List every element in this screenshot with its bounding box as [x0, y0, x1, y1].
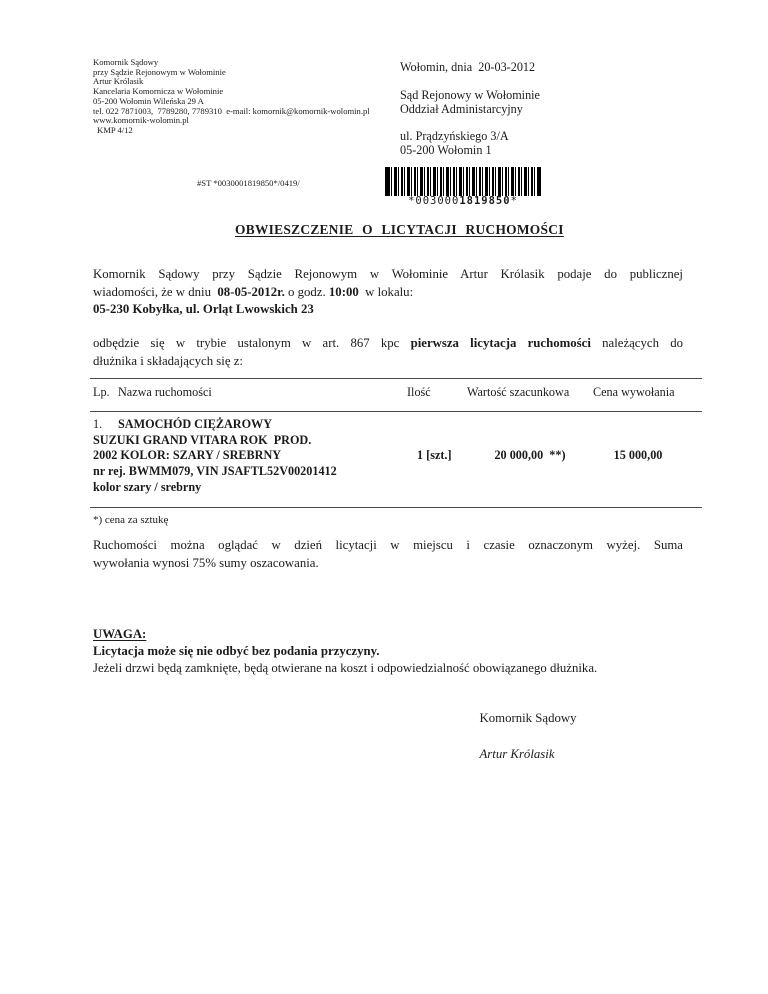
- recipient-line: Oddział Administarcyjny: [400, 102, 683, 117]
- table-rule-bottom: [90, 507, 702, 508]
- table-rule-middle: [90, 411, 702, 412]
- intro-text: w lokalu:: [359, 285, 413, 299]
- intro-text: wiadomości, że w dniu: [93, 285, 217, 299]
- item-estimated-value: 20 000,00 **): [467, 448, 593, 464]
- col-header-name: Nazwa ruchomości: [118, 385, 407, 400]
- notice-block: UWAGA: Licytacja może się nie odbyć bez …: [93, 626, 683, 677]
- col-header-value: Wartość szacunkowa: [467, 385, 593, 400]
- auction-address: 05-230 Kobyłka, ul. Orląt Lwowskich 23: [93, 301, 683, 319]
- intro-line-1: Komornik Sądowy przy Sądzie Rejonowym w …: [93, 266, 683, 284]
- item-line-4: nr rej. BWMM079, VIN JSAFTL52V00201412: [93, 464, 423, 480]
- dateline: Wołomin, dnia 20-03-2012: [400, 60, 683, 75]
- recipient-court: Sąd Rejonowy w Wołominie Oddział Adminis…: [400, 88, 683, 117]
- document-page: Komornik Sądowy przy Sądzie Rejonowym w …: [0, 0, 768, 994]
- mode-line-1: odbędzie się w trybie ustalonym w art. 8…: [93, 335, 683, 353]
- col-header-lp: Lp.: [93, 385, 118, 400]
- barcode-text: *0030001819850*: [385, 195, 541, 207]
- notice-line-1: Licytacja może się nie odbyć bez podania…: [93, 643, 683, 660]
- auction-type: pierwsza licytacja ruchomości: [411, 336, 591, 350]
- auction-time: 10:00: [329, 285, 359, 299]
- item-number: 1.: [93, 417, 118, 433]
- item-line-5: kolor szary / srebrny: [93, 480, 423, 496]
- col-header-qty: Ilość: [407, 385, 467, 400]
- signature-role: Komornik Sądowy: [428, 711, 628, 726]
- recipient-line: 05-200 Wołomin 1: [400, 143, 683, 158]
- item-line-2: SUZUKI GRAND VITARA ROK PROD.: [93, 433, 423, 449]
- item-name: SAMOCHÓD CIĘŻAROWY: [118, 417, 272, 431]
- mode-line-2: dłużnika i składających się z:: [93, 353, 683, 371]
- sender-website: www.komornik-wolomin.pl: [93, 116, 370, 126]
- barcode: *0030001819850*: [385, 167, 541, 207]
- mode-paragraph: odbędzie się w trybie ustalonym w art. 8…: [93, 335, 683, 370]
- notice-line-2: Jeżeli drzwi będą zamknięte, będą otwier…: [93, 660, 683, 677]
- recipient-line: ul. Prądzyńskiego 3/A: [400, 129, 683, 144]
- case-number: KMP 4/12: [93, 126, 370, 136]
- item-starting-price: 15 000,00: [593, 448, 683, 464]
- viewing-line-1: Ruchomości można oglądać w dzień licytac…: [93, 537, 683, 555]
- table-header-row: Lp. Nazwa ruchomości Ilość Wartość szacu…: [93, 385, 683, 400]
- barcode-text-suffix: *: [511, 195, 518, 207]
- table-row: 1.SAMOCHÓD CIĘŻAROWY SUZUKI GRAND VITARA…: [93, 417, 683, 496]
- table-rule-top: [90, 378, 702, 379]
- intro-line-2: wiadomości, że w dniu 08-05-2012r. o god…: [93, 284, 683, 302]
- addressee-block: Wołomin, dnia 20-03-2012 Sąd Rejonowy w …: [400, 60, 683, 158]
- recipient-line: Sąd Rejonowy w Wołominie: [400, 88, 683, 103]
- barcode-text-bold: 1819850: [459, 195, 510, 207]
- notice-heading: UWAGA:: [93, 626, 683, 643]
- item-description: 1.SAMOCHÓD CIĘŻAROWY SUZUKI GRAND VITARA…: [93, 417, 423, 496]
- item-quantity: 1 [szt.]: [417, 448, 452, 464]
- auction-date: 08-05-2012r.: [217, 285, 284, 299]
- mode-text: należących do: [591, 336, 683, 350]
- intro-paragraph: Komornik Sądowy przy Sądzie Rejonowym w …: [93, 266, 683, 319]
- recipient-address: ul. Prądzyńskiego 3/A 05-200 Wołomin 1: [400, 129, 683, 158]
- mode-text: odbędzie się w trybie ustalonym w art. 8…: [93, 336, 411, 350]
- document-content: Komornik Sądowy przy Sądzie Rejonowym w …: [93, 0, 683, 994]
- item-line-1: 1.SAMOCHÓD CIĘŻAROWY: [93, 417, 423, 433]
- viewing-line-2: wywołania wynosi 75% sumy oszacowania.: [93, 555, 683, 573]
- item-line-3: 2002 KOLOR: SZARY / SREBRNY: [93, 448, 423, 464]
- price-footnote: *) cena za sztukę: [93, 514, 168, 526]
- viewing-paragraph: Ruchomości można oglądać w dzień licytac…: [93, 537, 683, 572]
- barcode-bars: [385, 167, 541, 196]
- sender-block: Komornik Sądowy przy Sądzie Rejonowym w …: [93, 58, 370, 136]
- barcode-text-prefix: *003000: [408, 195, 459, 207]
- col-header-price: Cena wywołania: [593, 385, 683, 400]
- reference-number: #ST *0030001819850*/0419/: [197, 178, 300, 188]
- signature-name: Artur Królasik: [417, 747, 617, 762]
- page-title: OBWIESZCZENIE O LICYTACJI RUCHOMOŚCI: [235, 222, 564, 238]
- intro-text: o godz.: [285, 285, 329, 299]
